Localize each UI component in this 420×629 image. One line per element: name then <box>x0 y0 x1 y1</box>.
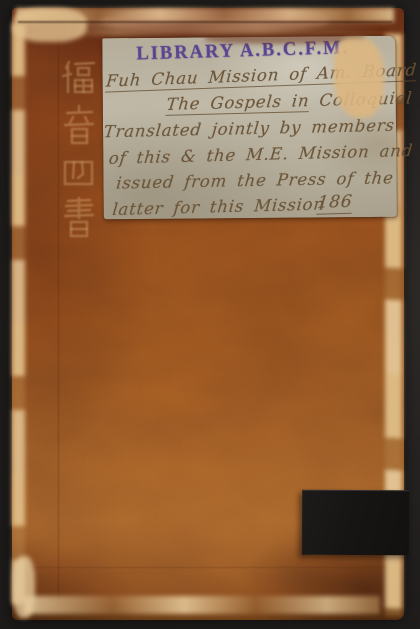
paper-label: LIBRARY A.B.C.F.M. Fuh Chau Mission of A… <box>102 36 397 220</box>
library-stamp: LIBRARY A.B.C.F.M. <box>136 37 349 65</box>
photo-background: 福 音 四 書 <box>0 0 420 629</box>
handwritten-line-3: Translated jointly by members <box>103 116 396 142</box>
handwritten-line-2-rest: Colloquial <box>309 88 414 110</box>
spine-characters: 福 音 四 書 <box>60 56 98 242</box>
spine-character-shu-icon <box>65 198 93 236</box>
handwritten-line-2: The Gospels in Colloquial <box>166 88 414 113</box>
handwritten-line-4: of this & the M.E. Mission and <box>108 141 414 168</box>
spine-character-fu-icon <box>63 62 94 92</box>
spine-character-si-icon <box>65 162 92 184</box>
black-tab <box>302 490 409 556</box>
year-text: 186 <box>316 192 353 215</box>
year-notation: 186 <box>317 192 354 213</box>
handwritten-line-2-underlined: The Gospels in <box>165 91 310 116</box>
spine-character-yin-icon <box>65 106 93 143</box>
handwritten-line-5: issued from the Press of the <box>115 168 394 192</box>
handwritten-line-6: latter for this Mission <box>112 194 326 219</box>
